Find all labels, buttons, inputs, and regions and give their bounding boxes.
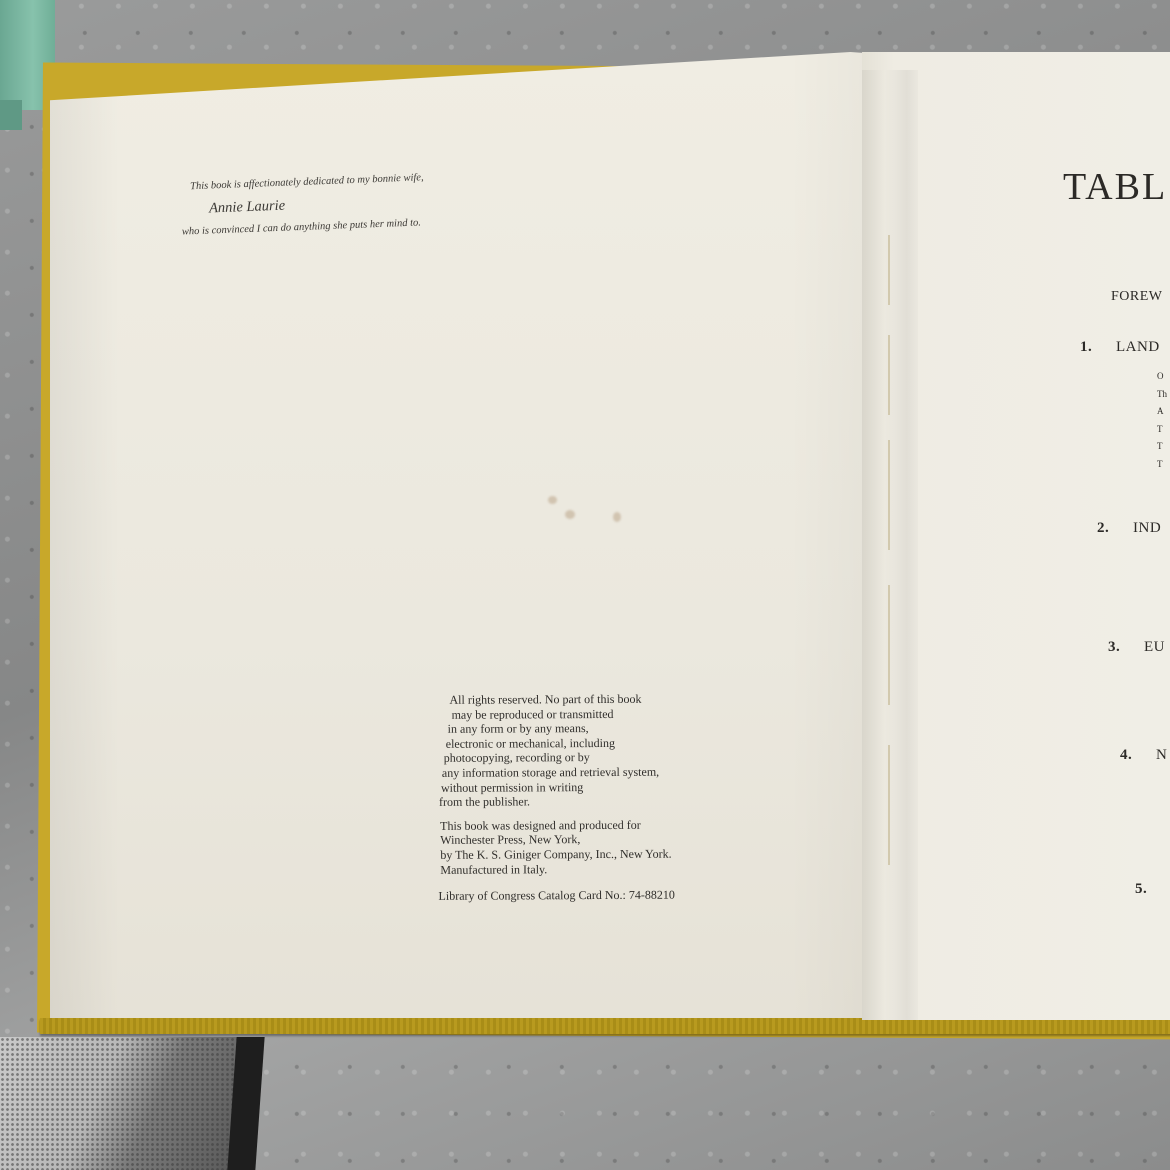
toc-entry: 3.EU	[1108, 639, 1165, 656]
toc-subentry: A	[1157, 403, 1167, 421]
toc-entry-label: N	[1156, 747, 1167, 763]
toc-subentry: O	[1157, 368, 1167, 386]
toc-entry-label: LAND	[1116, 339, 1160, 355]
toc-entry: 1.LAND	[1080, 339, 1160, 356]
toc-entry-number: 5.	[1135, 881, 1170, 898]
toc-entry: 2.IND	[1097, 520, 1161, 537]
toc-subentry: T	[1157, 456, 1167, 474]
toc-title: TABL	[1063, 165, 1167, 209]
toc-entry: 5.	[1135, 881, 1170, 898]
toc-entry-number: 1.	[1080, 339, 1116, 356]
toc-entry-number: 4.	[1120, 747, 1156, 764]
toc-entry-label: IND	[1133, 520, 1161, 536]
toc-entry: 4.N	[1120, 747, 1167, 764]
toc-foreword: FOREW	[1111, 289, 1163, 305]
toc-subentry: Th	[1157, 386, 1167, 404]
toc-subentry: T	[1157, 421, 1167, 439]
toc-entry-label: EU	[1144, 639, 1165, 655]
toc-subentries: O Th A T T T	[1157, 368, 1167, 473]
toc-subentry: T	[1157, 438, 1167, 456]
toc-entry-number: 3.	[1108, 639, 1144, 656]
right-page-content: TABL FOREW 1.LAND O Th A T T T 2.IND 3.E…	[0, 0, 1170, 1170]
toc-entry-number: 2.	[1097, 520, 1133, 537]
